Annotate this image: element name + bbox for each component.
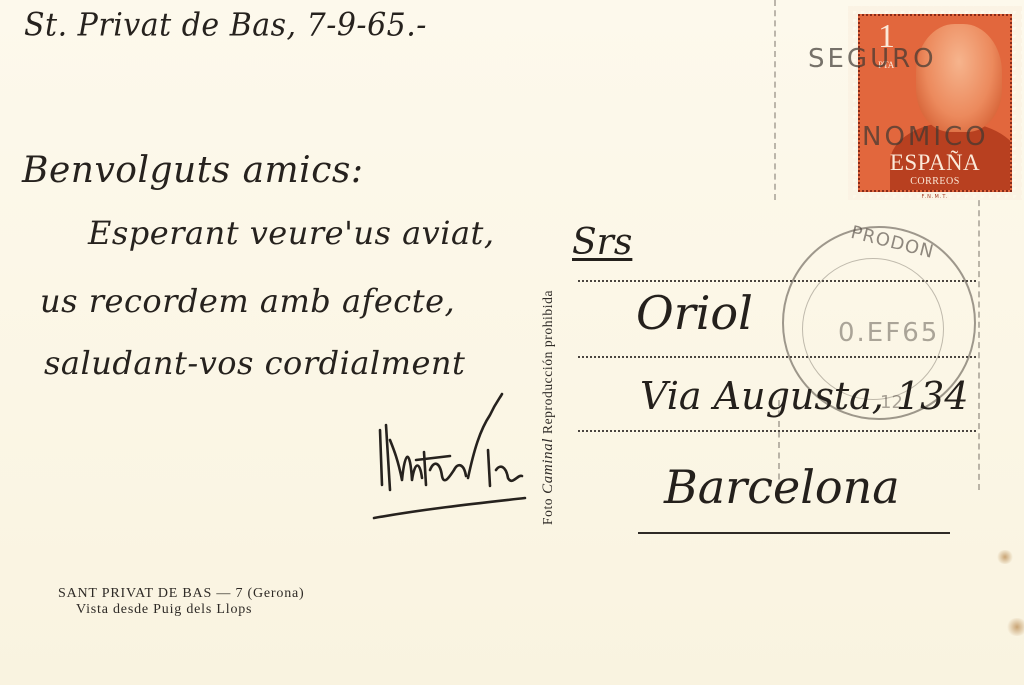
stamp-printer: F.N.M.T. (848, 194, 1022, 200)
postage-stamp: 1 PTA ESPAÑA CORREOS F.N.M.T. (848, 6, 1022, 200)
caption-subtitle: Vista desde Puig dels Llops (58, 602, 304, 618)
credit-prefix: Foto (540, 494, 555, 525)
photo-caption: SANT PRIVAT DE BAS — 7 (Gerona) Vista de… (58, 586, 304, 618)
cancel-line (774, 0, 776, 200)
address-dotted-line (578, 356, 976, 358)
address-name: Oriol (636, 286, 753, 340)
credit-notice: Reproducción prohibida (540, 290, 555, 438)
address-city: Barcelona (664, 460, 900, 514)
postcard-back: St. Privat de Bas, 7-9-65.- Benvolguts a… (0, 0, 1024, 685)
message-salutation: Benvolguts amics: (22, 150, 363, 191)
place-and-date: St. Privat de Bas, 7-9-65.- (24, 7, 427, 44)
caption-title: SANT PRIVAT DE BAS — 7 (Gerona) (58, 586, 304, 602)
message-line: us recordem amb afecte, (40, 282, 455, 320)
paper-stain (996, 550, 1014, 564)
cancel-line (978, 190, 980, 490)
stamp-portrait-head (916, 24, 1002, 132)
message-line: saludant-vos cordialment (44, 344, 465, 382)
signature (350, 390, 550, 530)
paper-stain (1006, 618, 1024, 636)
address-solid-line (638, 532, 950, 534)
photo-credit: Foto Caminal Reproducción prohibida (540, 290, 557, 525)
credit-brand: Caminal (540, 438, 556, 494)
cancel-text: NOMICO (862, 122, 989, 152)
address-street: Via Augusta, 134 (640, 374, 969, 418)
stamp-face: 1 PTA ESPAÑA CORREOS (858, 14, 1012, 192)
message-line: Esperant veure'us aviat, (88, 214, 495, 252)
stamp-country: ESPAÑA (860, 150, 1010, 176)
address-title: Srs (572, 222, 632, 263)
address-dotted-line (578, 280, 976, 282)
cancel-text: SEGURO (808, 44, 937, 74)
address-dotted-line (578, 430, 976, 432)
postmark-date: 0.EF65 (838, 318, 939, 348)
stamp-service: CORREOS (860, 176, 1010, 187)
